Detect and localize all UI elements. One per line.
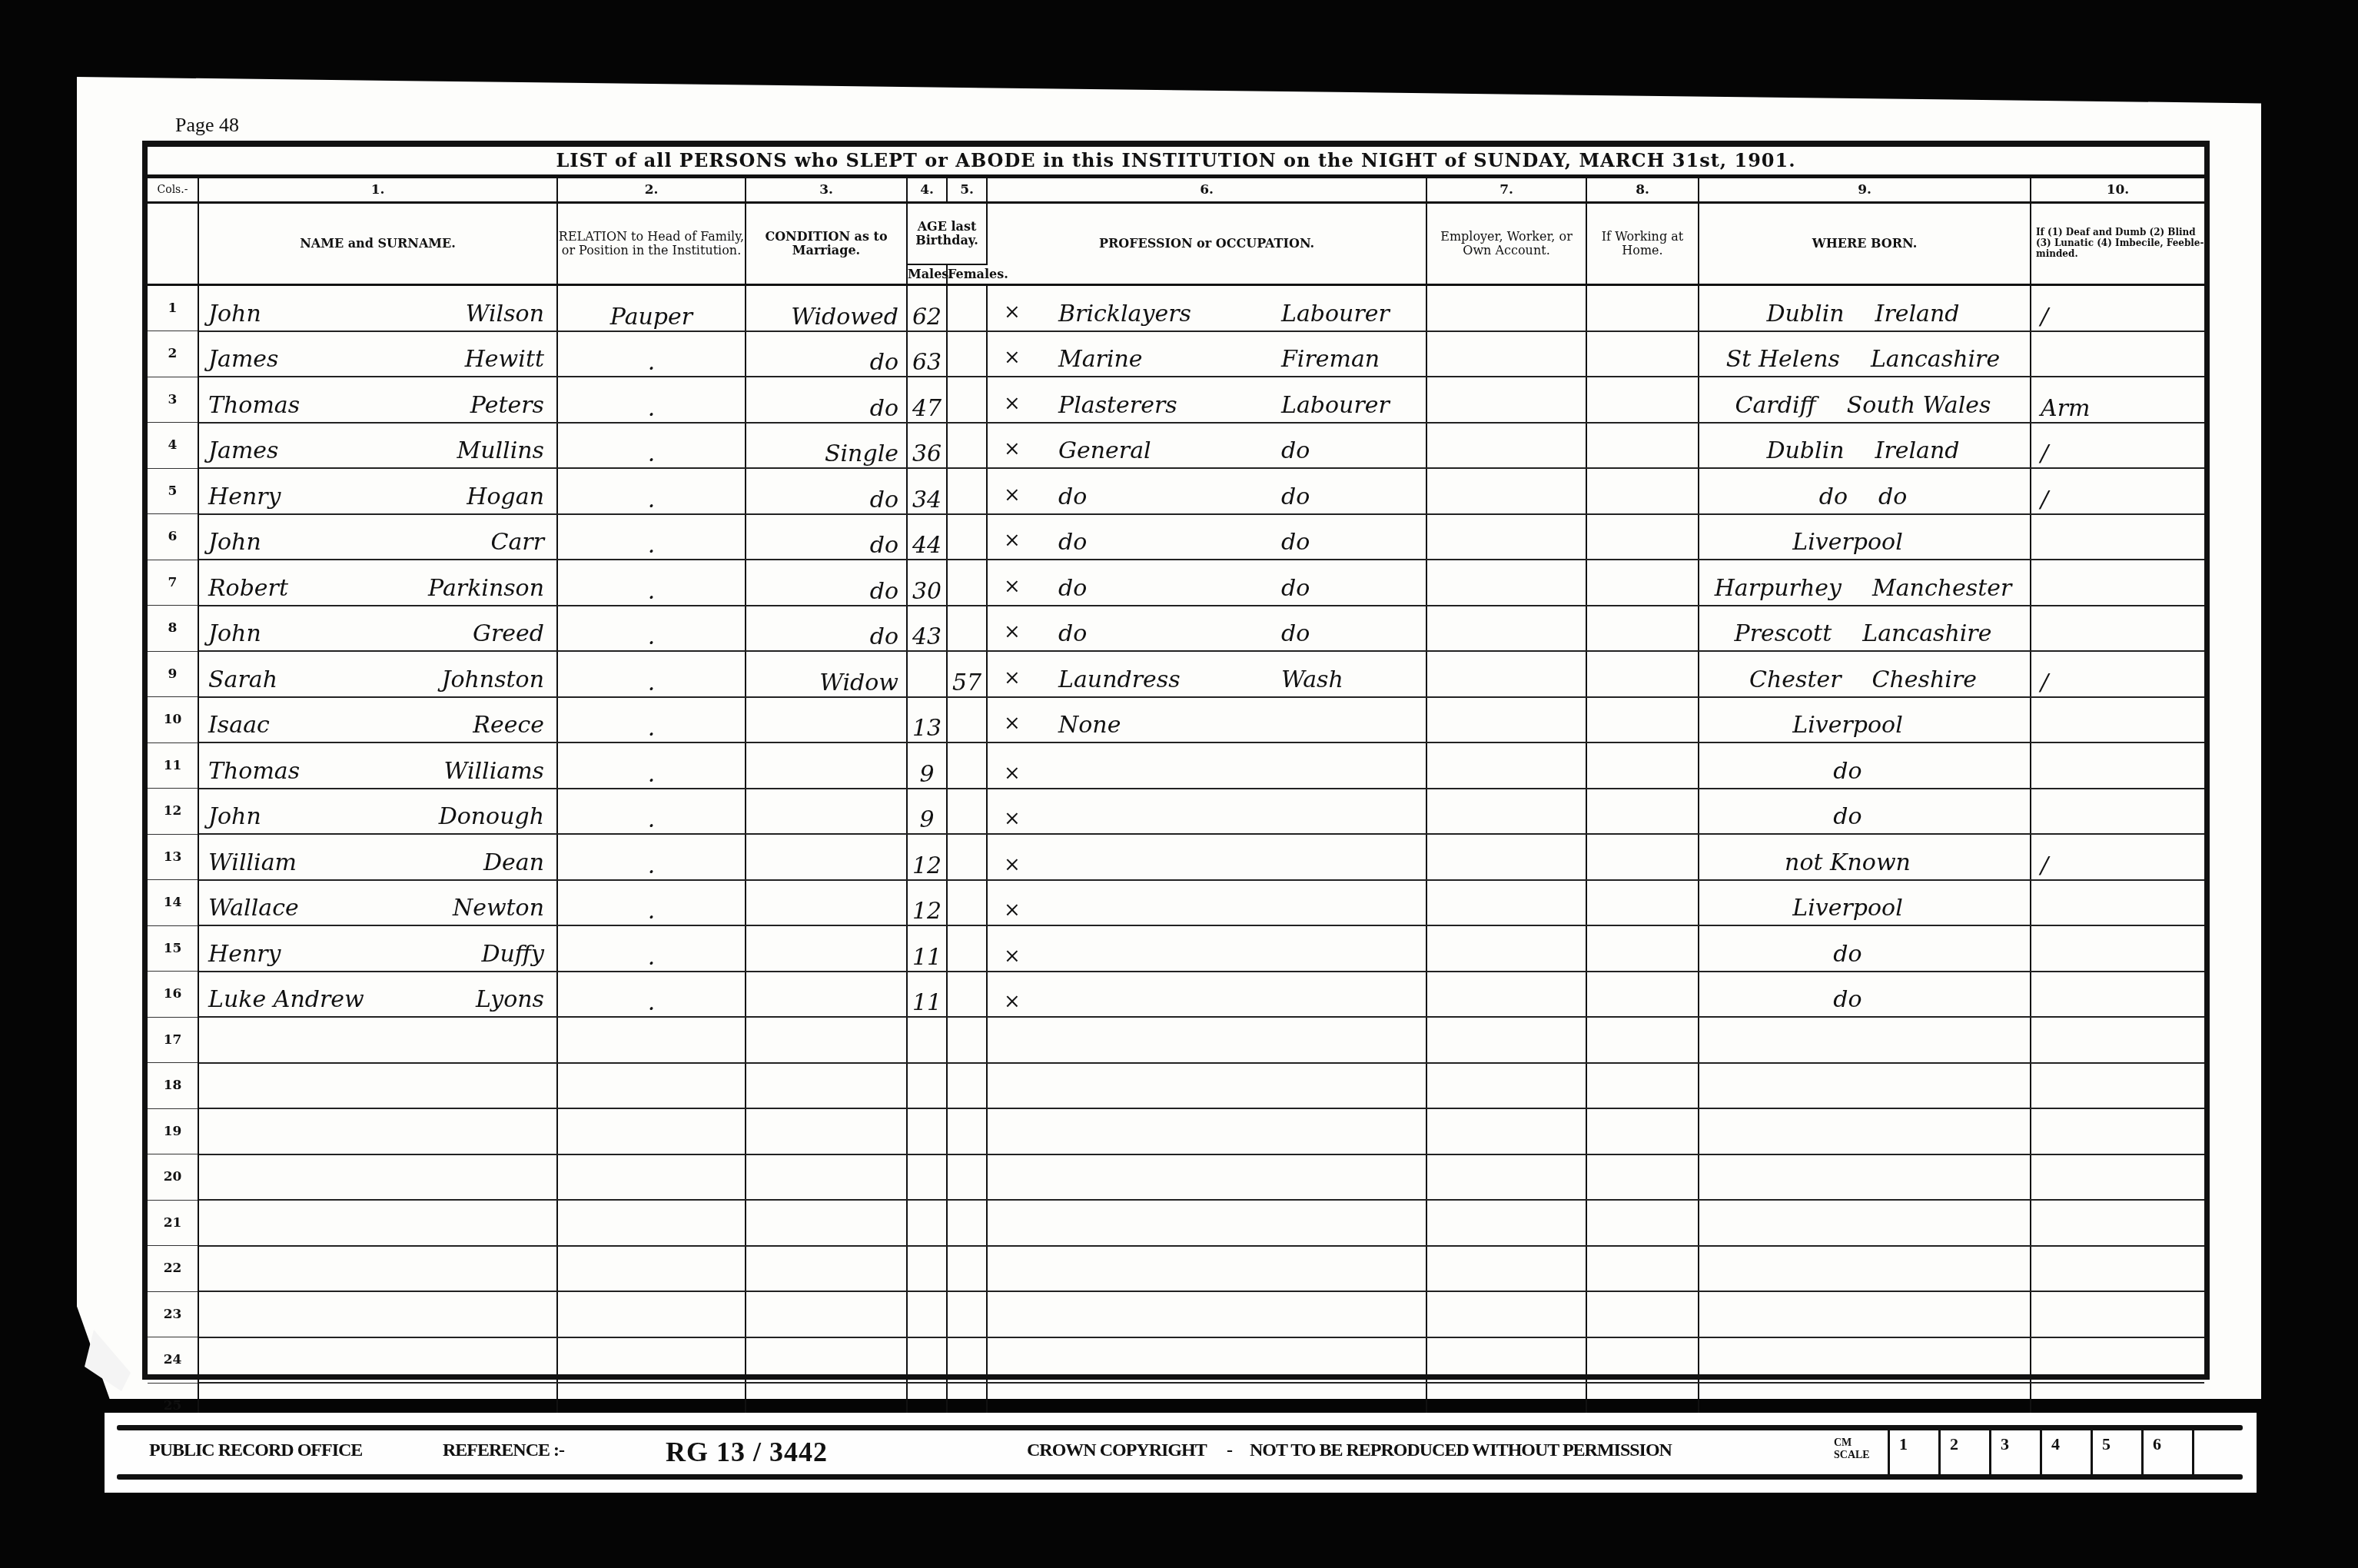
occupation-cell [987, 1200, 1426, 1246]
name-cell [198, 1154, 557, 1201]
header-infirmity: If (1) Deaf and Dumb (2) Blind (3) Lunat… [2031, 203, 2204, 285]
table-row: 8JohnGreed.do43×dodoPrescottLancashire [148, 606, 2204, 652]
employer-cell [1426, 1200, 1586, 1246]
employer-cell [1426, 742, 1586, 789]
occupation-cell: × [987, 789, 1426, 835]
birthplace-town: do [1833, 941, 1861, 968]
form-title: LIST of all PERSONS who SLEPT or ABODE i… [148, 147, 2204, 178]
occupation-cell [987, 1337, 1426, 1384]
table-row: 17 [148, 1017, 2204, 1063]
occupation-cell: × [987, 925, 1426, 972]
row-number-header [148, 203, 198, 285]
column-header-row: NAME and SURNAME. RELATION to Head of Fa… [148, 203, 2204, 265]
condition-cell: Widowed [746, 285, 907, 331]
age-females-cell [947, 697, 987, 743]
at-home-cell [1586, 880, 1699, 926]
where-born-cell: dodo [1699, 468, 2031, 514]
condition-cell [746, 1063, 907, 1109]
header-name: NAME and SURNAME. [198, 203, 557, 285]
scale-tick-4: 4 [2040, 1430, 2091, 1474]
census-table: Cols.- 1. 2. 3. 4. 5. 6. 7. 8. 9. 10. NA… [148, 178, 2204, 1477]
header-at-home: If Working at Home. [1586, 203, 1699, 285]
where-born-cell: St HelensLancashire [1699, 331, 2031, 377]
check-mark: × [997, 945, 1028, 968]
occupation-cell [987, 1291, 1426, 1337]
scale-label: SCALE [1834, 1450, 1888, 1462]
employer-cell [1426, 377, 1586, 423]
where-born-cell: do [1699, 789, 2031, 835]
row-number: 21 [148, 1200, 198, 1246]
surname: Peters [470, 392, 544, 419]
where-born-cell [1699, 1246, 2031, 1292]
condition-cell: do [746, 560, 907, 606]
occupation-cell [987, 1017, 1426, 1063]
surname: Williams [444, 758, 544, 785]
age-males-cell: 63 [907, 331, 947, 377]
cm-scale: CM SCALE 1 2 3 4 5 6 [1834, 1430, 2223, 1474]
relation-cell [557, 1337, 746, 1384]
infirmity-cell: / [2031, 423, 2204, 469]
age-females-cell [947, 1200, 987, 1246]
cm-label: CM [1834, 1437, 1888, 1450]
occupation-primary [1028, 762, 1243, 785]
age-females-cell [947, 1063, 987, 1109]
age-males-cell: 11 [907, 972, 947, 1018]
birthplace-town: Liverpool [1792, 895, 1902, 922]
condition-cell: do [746, 514, 907, 560]
age-males-cell: 34 [907, 468, 947, 514]
occupation-secondary [1243, 762, 1281, 785]
age-females-cell [947, 1108, 987, 1154]
surname: Johnston [441, 666, 544, 693]
at-home-cell [1586, 1337, 1699, 1384]
at-home-cell [1586, 377, 1699, 423]
row-number: 3 [148, 377, 198, 423]
table-row: 23 [148, 1291, 2204, 1337]
check-mark: × [997, 529, 1028, 556]
age-females-cell [947, 1017, 987, 1063]
employer-cell [1426, 789, 1586, 835]
age-females-cell [947, 972, 987, 1018]
age-females-cell [947, 423, 987, 469]
table-row: 15HenryDuffy.11×do [148, 925, 2204, 972]
employer-cell [1426, 468, 1586, 514]
row-number: 7 [148, 560, 198, 606]
where-born-cell [1699, 1291, 2031, 1337]
age-males-cell [907, 1200, 947, 1246]
occupation-primary: Laundress [1028, 666, 1243, 693]
age-females-cell [947, 560, 987, 606]
header-where-born: WHERE BORN. [1699, 203, 2031, 285]
age-males-cell [907, 1108, 947, 1154]
age-females-cell [947, 1337, 987, 1384]
condition-cell [746, 834, 907, 880]
header-condition: CONDITION as to Marriage. [746, 203, 907, 285]
check-mark: × [997, 807, 1028, 830]
row-number: 14 [148, 880, 198, 926]
relation-cell [557, 1200, 746, 1246]
row-number: 2 [148, 331, 198, 377]
header-relation: RELATION to Head of Family, or Position … [557, 203, 746, 285]
birthplace-county: do [1878, 483, 1907, 510]
row-number: 16 [148, 972, 198, 1018]
first-name: Wallace [208, 895, 299, 922]
at-home-cell [1586, 742, 1699, 789]
employer-cell [1426, 1108, 1586, 1154]
occupation-cell [987, 1108, 1426, 1154]
age-females-cell [947, 331, 987, 377]
row-number: 8 [148, 606, 198, 652]
col-number-10: 10. [2031, 178, 2204, 203]
name-cell: HenryHogan [198, 468, 557, 514]
age-males-cell [907, 1246, 947, 1292]
occupation-cell: ×PlasterersLabourer [987, 377, 1426, 423]
first-name: John [208, 620, 261, 647]
at-home-cell [1586, 285, 1699, 331]
age-females-cell [947, 1154, 987, 1201]
birthplace-county: Lancashire [1862, 620, 1991, 647]
age-females-cell [947, 925, 987, 972]
condition-cell [746, 925, 907, 972]
surname: Mullins [457, 437, 544, 464]
birthplace-town: St Helens [1726, 346, 1840, 373]
birthplace-county: Manchester [1872, 575, 2011, 602]
condition-cell [746, 1200, 907, 1246]
name-cell: JohnDonough [198, 789, 557, 835]
cols-label: Cols.- [148, 178, 198, 203]
birthplace-town: Cardiff [1735, 392, 1816, 419]
employer-cell [1426, 972, 1586, 1018]
col-number-6: 6. [987, 178, 1426, 203]
at-home-cell [1586, 423, 1699, 469]
birthplace-town: Liverpool [1792, 529, 1902, 556]
infirmity-cell: / [2031, 285, 2204, 331]
first-name: Sarah [208, 666, 277, 693]
col-number-1: 1. [198, 178, 557, 203]
table-row: 1JohnWilsonPauperWidowed62×BricklayersLa… [148, 285, 2204, 331]
column-number-row: Cols.- 1. 2. 3. 4. 5. 6. 7. 8. 9. 10. [148, 178, 2204, 203]
at-home-cell [1586, 1063, 1699, 1109]
birthplace-county: South Wales [1847, 392, 1991, 419]
first-name: John [208, 529, 261, 556]
surname: Hewitt [465, 346, 544, 373]
col-number-4: 4. [907, 178, 947, 203]
age-females-cell [947, 742, 987, 789]
surname: Parkinson [428, 575, 544, 602]
condition-cell: do [746, 331, 907, 377]
age-males-cell: 13 [907, 697, 947, 743]
employer-cell [1426, 651, 1586, 697]
check-mark: × [997, 666, 1028, 693]
occupation-cell: × [987, 742, 1426, 789]
condition-cell [746, 1291, 907, 1337]
employer-cell [1426, 834, 1586, 880]
relation-cell: . [557, 925, 746, 972]
infirmity-cell [2031, 972, 2204, 1018]
condition-cell [746, 789, 907, 835]
relation-cell [557, 1154, 746, 1201]
table-row: 14WallaceNewton.12×Liverpool [148, 880, 2204, 926]
employer-cell [1426, 697, 1586, 743]
table-row: 3ThomasPeters.do47×PlasterersLabourerCar… [148, 377, 2204, 423]
infirmity-cell [2031, 1108, 2204, 1154]
where-born-cell [1699, 1200, 2031, 1246]
name-cell: ThomasPeters [198, 377, 557, 423]
occupation-cell: ×MarineFireman [987, 331, 1426, 377]
surname: Dean [483, 849, 544, 876]
table-row: 24 [148, 1337, 2204, 1384]
relation-cell: . [557, 560, 746, 606]
row-number: 12 [148, 789, 198, 835]
footer-office: PUBLIC RECORD OFFICE [149, 1440, 362, 1461]
col-number-7: 7. [1426, 178, 1586, 203]
infirmity-cell: Arm [2031, 377, 2204, 423]
age-females-cell [947, 834, 987, 880]
birthplace-town: not Known [1785, 849, 1911, 876]
surname: Greed [473, 620, 544, 647]
check-mark: × [997, 853, 1028, 876]
where-born-cell [1699, 1108, 2031, 1154]
relation-cell [557, 1291, 746, 1337]
where-born-cell: ChesterCheshire [1699, 651, 2031, 697]
occupation-cell [987, 1154, 1426, 1201]
birthplace-county: Lancashire [1871, 346, 2000, 373]
at-home-cell [1586, 514, 1699, 560]
condition-cell: do [746, 377, 907, 423]
condition-cell [746, 880, 907, 926]
relation-cell: . [557, 972, 746, 1018]
footer-copyright: CROWN COPYRIGHT [1027, 1440, 1207, 1461]
employer-cell [1426, 1291, 1586, 1337]
name-cell: WallaceNewton [198, 880, 557, 926]
age-females-cell [947, 468, 987, 514]
infirmity-cell [2031, 697, 2204, 743]
age-females-cell [947, 789, 987, 835]
relation-cell: . [557, 606, 746, 652]
where-born-cell: HarpurheyManchester [1699, 560, 2031, 606]
name-cell: JohnWilson [198, 285, 557, 331]
occupation-primary: do [1028, 620, 1243, 647]
occupation-secondary: Labourer [1243, 301, 1390, 327]
infirmity-cell: / [2031, 468, 2204, 514]
relation-cell: . [557, 331, 746, 377]
first-name: Robert [208, 575, 288, 602]
check-mark: × [997, 575, 1028, 602]
birthplace-town: Harpurhey [1715, 575, 1842, 602]
age-males-cell [907, 1017, 947, 1063]
check-mark: × [997, 990, 1028, 1013]
relation-cell: . [557, 514, 746, 560]
first-name: Luke Andrew [208, 986, 364, 1013]
at-home-cell [1586, 651, 1699, 697]
birthplace-county: Ireland [1875, 301, 1960, 327]
header-employer: Employer, Worker, or Own Account. [1426, 203, 1586, 285]
at-home-cell [1586, 789, 1699, 835]
first-name: Henry [208, 483, 281, 510]
table-row: 20 [148, 1154, 2204, 1201]
scale-tick-6: 6 [2141, 1430, 2192, 1474]
where-born-cell: do [1699, 925, 2031, 972]
age-females-cell [947, 514, 987, 560]
check-mark: × [997, 712, 1028, 739]
table-row: 11ThomasWilliams.9×do [148, 742, 2204, 789]
first-name: William [208, 849, 297, 876]
infirmity-cell [2031, 514, 2204, 560]
occupation-primary [1028, 990, 1243, 1013]
relation-cell: . [557, 834, 746, 880]
occupation-secondary [1243, 899, 1281, 922]
birthplace-town: do [1833, 986, 1861, 1013]
infirmity-cell [2031, 1017, 2204, 1063]
age-males-cell [907, 1337, 947, 1384]
birthplace-town: do [1833, 803, 1861, 830]
birthplace-county: Ireland [1875, 437, 1960, 464]
row-number: 23 [148, 1291, 198, 1337]
surname: Donough [439, 803, 544, 830]
relation-cell: . [557, 423, 746, 469]
at-home-cell [1586, 1200, 1699, 1246]
occupation-cell: ×dodo [987, 468, 1426, 514]
check-mark: × [997, 620, 1028, 647]
infirmity-cell [2031, 1337, 2204, 1384]
occupation-primary [1028, 853, 1243, 876]
at-home-cell [1586, 1154, 1699, 1201]
occupation-cell: ×Generaldo [987, 423, 1426, 469]
row-number: 15 [148, 925, 198, 972]
occupation-secondary [1243, 853, 1281, 876]
birthplace-town: do [1833, 758, 1861, 785]
first-name: Thomas [208, 392, 300, 419]
infirmity-cell [2031, 742, 2204, 789]
occupation-secondary [1243, 990, 1281, 1013]
scale-end [2192, 1430, 2223, 1474]
table-row: 22 [148, 1246, 2204, 1292]
occupation-primary: None [1028, 712, 1243, 739]
table-row: 2JamesHewitt.do63×MarineFiremanSt Helens… [148, 331, 2204, 377]
table-row: 9SarahJohnston.Widow57×LaundressWashChes… [148, 651, 2204, 697]
occupation-secondary [1243, 712, 1281, 739]
table-row: 6JohnCarr.do44×dodoLiverpool [148, 514, 2204, 560]
infirmity-cell [2031, 331, 2204, 377]
birthplace-town: do [1819, 483, 1848, 510]
employer-cell [1426, 1337, 1586, 1384]
name-cell [198, 1246, 557, 1292]
scale-tick-1: 1 [1888, 1430, 1938, 1474]
row-number: 19 [148, 1108, 198, 1154]
employer-cell [1426, 285, 1586, 331]
name-cell [198, 1017, 557, 1063]
occupation-cell: × [987, 880, 1426, 926]
at-home-cell [1586, 1108, 1699, 1154]
age-males-cell: 12 [907, 834, 947, 880]
relation-cell [557, 1108, 746, 1154]
at-home-cell [1586, 972, 1699, 1018]
condition-cell [746, 1246, 907, 1292]
infirmity-cell [2031, 1246, 2204, 1292]
relation-cell: . [557, 468, 746, 514]
scale-tick-3: 3 [1989, 1430, 2040, 1474]
infirmity-cell [2031, 880, 2204, 926]
name-cell: Luke AndrewLyons [198, 972, 557, 1018]
occupation-secondary: do [1243, 620, 1310, 647]
row-number: 9 [148, 651, 198, 697]
name-cell: JamesHewitt [198, 331, 557, 377]
birthplace-town: Dublin [1766, 437, 1844, 464]
row-number: 13 [148, 834, 198, 880]
employer-cell [1426, 1063, 1586, 1109]
age-males-cell: 9 [907, 742, 947, 789]
row-number: 4 [148, 423, 198, 469]
occupation-cell: ×BricklayersLabourer [987, 285, 1426, 331]
employer-cell [1426, 880, 1586, 926]
relation-cell: . [557, 880, 746, 926]
occupation-secondary: Wash [1243, 666, 1343, 693]
age-females-cell [947, 1246, 987, 1292]
employer-cell [1426, 331, 1586, 377]
employer-cell [1426, 423, 1586, 469]
age-females-cell [947, 377, 987, 423]
infirmity-cell [2031, 1200, 2204, 1246]
table-row: 21 [148, 1200, 2204, 1246]
at-home-cell [1586, 1291, 1699, 1337]
footer-notice: NOT TO BE REPRODUCED WITHOUT PERMISSION [1250, 1440, 1672, 1461]
where-born-cell: Liverpool [1699, 697, 2031, 743]
page-number: Page 48 [175, 114, 239, 137]
row-number: 6 [148, 514, 198, 560]
infirmity-cell [2031, 1063, 2204, 1109]
age-males-cell: 43 [907, 606, 947, 652]
employer-cell [1426, 1246, 1586, 1292]
occupation-secondary [1243, 807, 1281, 830]
footer-rule-bottom [117, 1474, 2243, 1480]
where-born-cell: Liverpool [1699, 880, 2031, 926]
col-number-2: 2. [557, 178, 746, 203]
where-born-cell [1699, 1154, 2031, 1201]
surname: Newton [453, 895, 544, 922]
employer-cell [1426, 560, 1586, 606]
condition-cell: Single [746, 423, 907, 469]
age-males-cell: 11 [907, 925, 947, 972]
where-born-cell: DublinIreland [1699, 423, 2031, 469]
occupation-cell: ×dodo [987, 514, 1426, 560]
infirmity-cell [2031, 606, 2204, 652]
check-mark: × [997, 392, 1028, 419]
age-females-cell [947, 880, 987, 926]
condition-cell: do [746, 606, 907, 652]
age-females-cell: 57 [947, 651, 987, 697]
where-born-cell: do [1699, 742, 2031, 789]
condition-cell: do [746, 468, 907, 514]
where-born-cell: PrescottLancashire [1699, 606, 2031, 652]
age-males-cell: 30 [907, 560, 947, 606]
relation-cell [557, 1017, 746, 1063]
birthplace-county: Cheshire [1872, 666, 1977, 693]
header-age-females: Females. [947, 264, 987, 285]
census-form: LIST of all PERSONS who SLEPT or ABODE i… [142, 141, 2210, 1380]
first-name: John [208, 803, 261, 830]
occupation-primary: do [1028, 575, 1243, 602]
where-born-cell [1699, 1063, 2031, 1109]
check-mark: × [997, 899, 1028, 922]
where-born-cell [1699, 1337, 2031, 1384]
age-males-cell [907, 1063, 947, 1109]
relation-cell: . [557, 651, 746, 697]
employer-cell [1426, 1154, 1586, 1201]
at-home-cell [1586, 834, 1699, 880]
table-row: 18 [148, 1063, 2204, 1109]
age-males-cell [907, 1154, 947, 1201]
where-born-cell: not Known [1699, 834, 2031, 880]
